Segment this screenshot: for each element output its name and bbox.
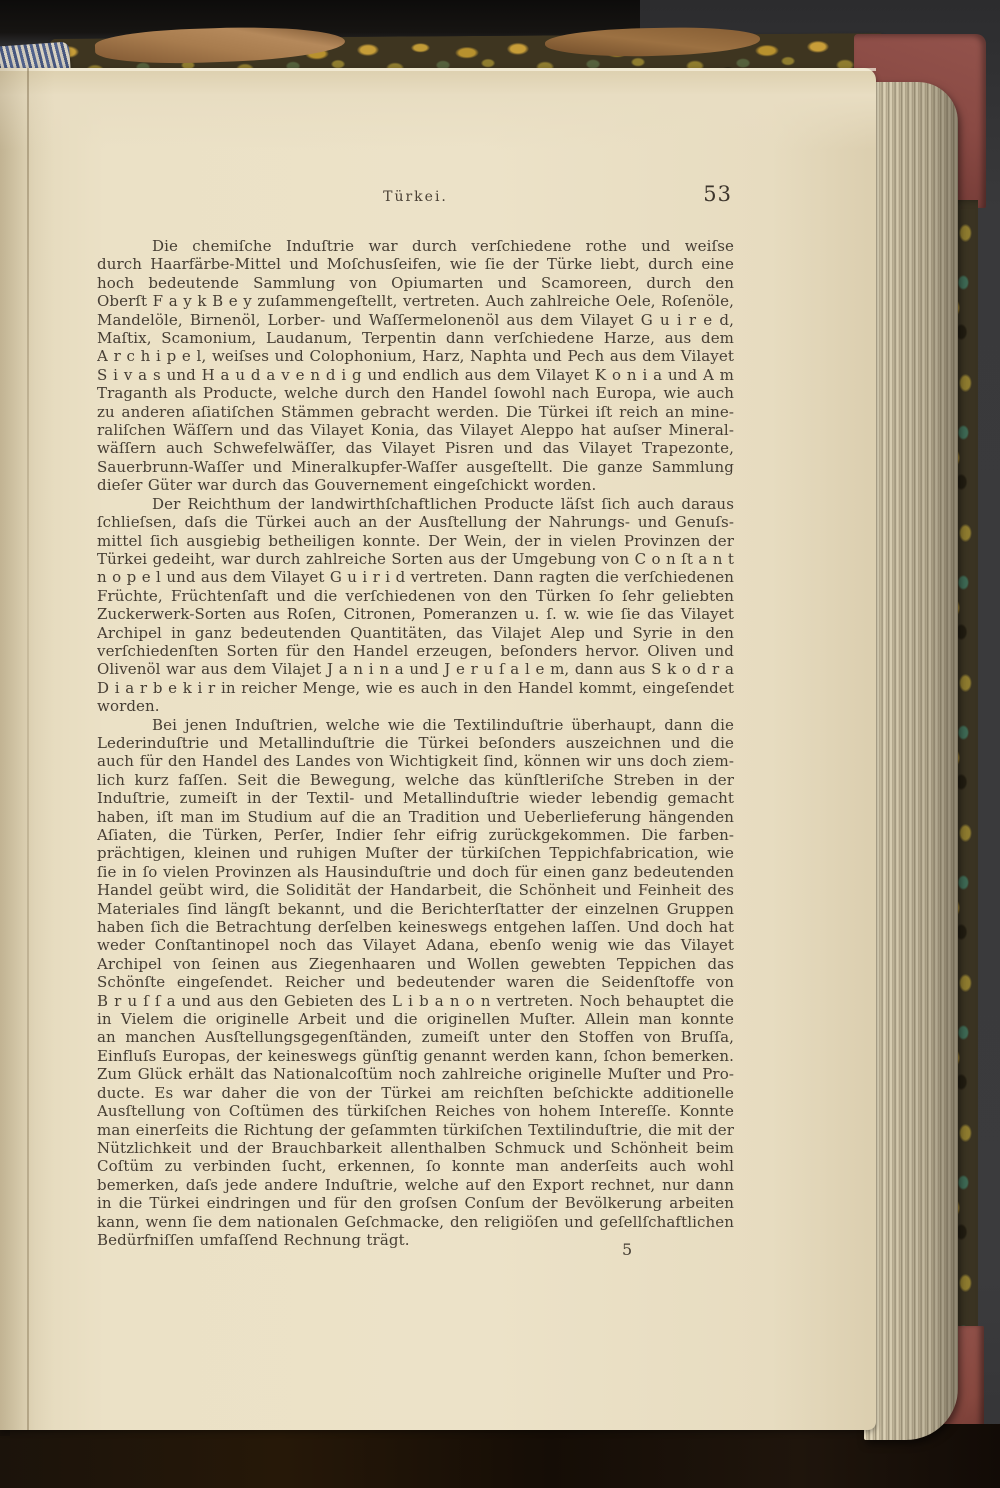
page-top-highlight — [0, 68, 876, 71]
paragraph: Bei jenen Induſtrien, welche wie die Tex… — [97, 716, 734, 1250]
text-line: Nützlichkeit und der Brauchbarkeit allen… — [97, 1139, 734, 1157]
book-page: Türkei. 53 Die chemiſche Induſtrie war d… — [0, 68, 876, 1430]
text-line: Handel geübt wird, die Solidität der Han… — [97, 881, 734, 899]
text-line: hoch bedeutende Sammlung von Opiumarten … — [97, 274, 734, 292]
text-line: Schönſte eingeſendet. Reicher und bedeut… — [97, 973, 734, 991]
text-line: man einerſeits die Richtung der geſammte… — [97, 1121, 734, 1139]
text-line: A r c h i p e l, weiſses und Colophonium… — [97, 347, 734, 365]
text-line: prächtigen, kleinen und ruhigen Muſter d… — [97, 844, 734, 862]
text-line: weder Conſtantinopel noch das Vilayet Ad… — [97, 936, 734, 954]
page-number: 53 — [703, 182, 732, 206]
text-line: haben, iſt man im Studium auf die an Tra… — [97, 808, 734, 826]
text-line: mittel ſich ausgiebig betheiligen konnte… — [97, 532, 734, 550]
text-line: S i v a s und H a u d a v e n d i g und … — [97, 366, 734, 384]
text-line: ducte. Es war daher die von der Türkei a… — [97, 1084, 734, 1102]
text-line: Der Reichthum der landwirthſchaftlichen … — [97, 495, 734, 513]
text-line: Maſtix, Scamonium, Laudanum, Terpentin d… — [97, 329, 734, 347]
text-line: Ausſtellung von Coſtümen des türkiſchen … — [97, 1102, 734, 1120]
text-line: Türkei gedeiht, war durch zahlreiche Sor… — [97, 550, 734, 568]
text-line: Einfluſs Europas, der keineswegs günſtig… — [97, 1047, 734, 1065]
text-line: in Vielem die originelle Arbeit und die … — [97, 1010, 734, 1028]
text-line: Archipel in ganz bedeutenden Quantitäten… — [97, 624, 734, 642]
running-head: Türkei. 53 — [97, 182, 734, 212]
paragraph: Die chemiſche Induſtrie war durch verſch… — [97, 237, 734, 495]
text-line: dieſer Güter war durch das Gouvernement … — [97, 476, 734, 494]
text-line: Aſiaten, die Türken, Perſer, Indier ſehr… — [97, 826, 734, 844]
running-title: Türkei. — [97, 189, 734, 205]
text-line: haben ſich die Betrachtung derſelben kei… — [97, 918, 734, 936]
text-line: auch für den Handel des Landes von Wicht… — [97, 752, 734, 770]
text-line: Die chemiſche Induſtrie war durch verſch… — [97, 237, 734, 255]
text-line: lich kurz faſſen. Seit die Bewegung, wel… — [97, 771, 734, 789]
text-line: Induſtrie, zumeiſt in der Textil- und Me… — [97, 789, 734, 807]
text-line: zu anderen aſiatiſchen Stämmen gebracht … — [97, 403, 734, 421]
text-line: kann, wenn ſie dem nationalen Geſchmacke… — [97, 1213, 734, 1231]
text-line: bemerken, daſs jede andere Induſtrie, we… — [97, 1176, 734, 1194]
text-line: Coſtüm zu verbinden ſucht, erkennen, ſo … — [97, 1157, 734, 1175]
text-line: Zuckerwerk-Sorten aus Roſen, Citronen, P… — [97, 605, 734, 623]
text-line: Früchte, Früchtenſaft und die verſchiede… — [97, 587, 734, 605]
text-line: Bedürfniſſen umfaſſend Rechnung trägt. — [97, 1231, 734, 1249]
text-line: Materiales ſind längſt bekannt, und die … — [97, 900, 734, 918]
text-line: Zum Glück erhält das Nationalcoſtüm noch… — [97, 1065, 734, 1083]
text-line: n o p e l und aus dem Vilayet G u i r i … — [97, 568, 734, 586]
text-line: Lederinduſtrie und Metallinduſtrie die T… — [97, 734, 734, 752]
text-line: wäſſern auch Schwefelwäſſer, das Vilayet… — [97, 439, 734, 457]
text-line: durch Haarfärbe-Mittel und Moſchusſeifen… — [97, 255, 734, 273]
signature-mark: 5 — [622, 1240, 632, 1259]
paragraph: Der Reichthum der landwirthſchaftlichen … — [97, 495, 734, 716]
text-line: an manchen Ausſtellungsgegenſtänden, zum… — [97, 1028, 734, 1046]
body-text: Die chemiſche Induſtrie war durch verſch… — [97, 237, 734, 1249]
text-line: in die Türkei eindringen und für den gro… — [97, 1194, 734, 1212]
text-line: B r u ſ ſ a und aus den Gebieten des L i… — [97, 992, 734, 1010]
page-edge-stack — [864, 82, 958, 1440]
text-line: D i a r b e k i r in reicher Menge, wie … — [97, 679, 734, 697]
text-line: Archipel von ſeinen aus Ziegenhaaren und… — [97, 955, 734, 973]
gutter-crease-line — [27, 68, 29, 1430]
text-line: Mandelöle, Birnenöl, Lorber- und Waſſerm… — [97, 311, 734, 329]
text-line: ſchlieſsen, daſs die Türkei auch an der … — [97, 513, 734, 531]
text-line: Traganth als Producte, welche durch den … — [97, 384, 734, 402]
text-line: ſie in ſo vielen Provinzen als Hausinduſ… — [97, 863, 734, 881]
text-line: Sauerbrunn-Waſſer und Mineralkupfer-Waſſ… — [97, 458, 734, 476]
text-line: Bei jenen Induſtrien, welche wie die Tex… — [97, 716, 734, 734]
text-line: Oberſt F a y k B e y zuſammengeſtellt, v… — [97, 292, 734, 310]
book-bottom-board — [0, 1424, 1000, 1488]
text-line: worden. — [97, 697, 734, 715]
text-line: verſchiedenſten Sorten für den Handel er… — [97, 642, 734, 660]
text-line: raliſchen Wäſſern und das Vilayet Konia,… — [97, 421, 734, 439]
text-line: Olivenöl war aus dem Vilajet J a n i n a… — [97, 660, 734, 678]
scanned-book-photo: Türkei. 53 Die chemiſche Induſtrie war d… — [0, 0, 1000, 1488]
